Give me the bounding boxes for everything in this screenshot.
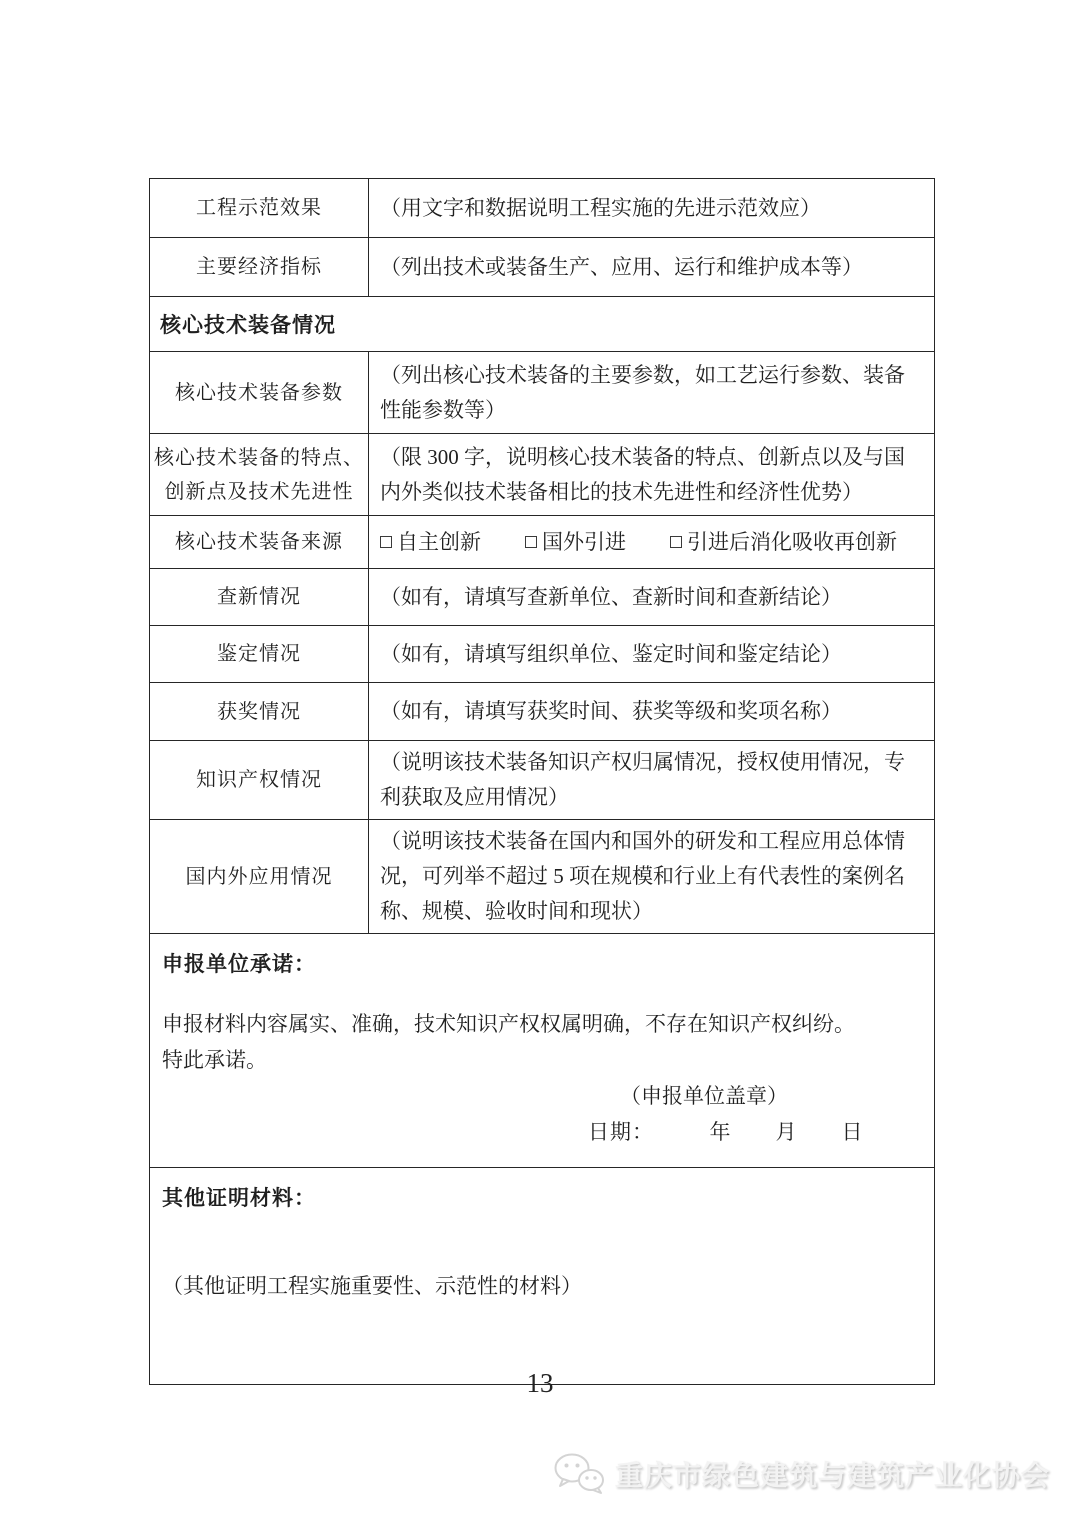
checkbox-icon: [670, 536, 682, 548]
table-row: 其他证明材料： （其他证明工程实施重要性、示范性的材料）: [150, 1168, 935, 1385]
commitment-section: 申报单位承诺： 申报材料内容属实、准确，技术知识产权权属明确，不存在知识产权纠纷…: [150, 934, 935, 1168]
field-value-equipment-features: （限 300 字，说明核心技术装备的特点、创新点以及与国内外类似技术装备相比的技…: [369, 434, 935, 516]
other-materials-section: 其他证明材料： （其他证明工程实施重要性、示范性的材料）: [150, 1168, 935, 1385]
field-value-novelty-search: （如有，请填写查新单位、查新时间和查新结论）: [369, 569, 935, 626]
option-label: 国外引进: [542, 530, 626, 554]
field-value-appraisal: （如有，请填写组织单位、鉴定时间和鉴定结论）: [369, 626, 935, 683]
field-label-economic-indicators: 主要经济指标: [150, 238, 369, 297]
field-label-novelty-search: 查新情况: [150, 569, 369, 626]
option-foreign-import: 国外引进: [525, 530, 626, 554]
field-label-appraisal: 鉴定情况: [150, 626, 369, 683]
table-row: 核心技术装备来源 自主创新国外引进引进后消化吸收再创新: [150, 516, 935, 569]
stamp-placeholder: （申报单位盖章）: [620, 1078, 922, 1114]
commitment-closing: 特此承诺。: [162, 1042, 922, 1078]
checkbox-icon: [525, 536, 537, 548]
page-number: 13: [0, 1368, 1080, 1399]
field-label-awards: 获奖情况: [150, 683, 369, 741]
table-row: 查新情况 （如有，请填写查新单位、查新时间和查新结论）: [150, 569, 935, 626]
field-label-domestic-foreign-application: 国内外应用情况: [150, 820, 369, 934]
commitment-title: 申报单位承诺：: [162, 946, 922, 982]
table-row: 获奖情况 （如有，请填写获奖时间、获奖等级和奖项名称）: [150, 683, 935, 741]
field-label-intellectual-property: 知识产权情况: [150, 741, 369, 820]
table-row: 核心技术装备的特点、创新点及技术先进性 （限 300 字，说明核心技术装备的特点…: [150, 434, 935, 516]
field-value-project-demo-effect: （用文字和数据说明工程实施的先进示范效应）: [369, 179, 935, 238]
association-watermark: 重庆市绿色建筑与建筑产业化协会: [551, 1450, 1050, 1498]
checkbox-icon: [380, 536, 392, 548]
table-row: 知识产权情况 （说明该技术装备知识产权归属情况，授权使用情况，专利获取及应用情况…: [150, 741, 935, 820]
field-value-intellectual-property: （说明该技术装备知识产权归属情况，授权使用情况，专利获取及应用情况）: [369, 741, 935, 820]
association-name: 重庆市绿色建筑与建筑产业化协会: [615, 1454, 1050, 1494]
table-row: 主要经济指标 （列出技术或装备生产、应用、运行和维护成本等）: [150, 238, 935, 297]
table-row: 核心技术装备参数 （列出核心技术装备的主要参数，如工艺运行参数、装备性能参数等）: [150, 352, 935, 434]
field-value-equipment-source: 自主创新国外引进引进后消化吸收再创新: [369, 516, 935, 569]
field-label-project-demo-effect: 工程示范效果: [150, 179, 369, 238]
option-import-reinnovation: 引进后消化吸收再创新: [670, 530, 897, 554]
table-row: 核心技术装备情况: [150, 297, 935, 352]
option-label: 自主创新: [397, 530, 481, 554]
application-form-table: 工程示范效果 （用文字和数据说明工程实施的先进示范效应） 主要经济指标 （列出技…: [149, 178, 935, 1385]
field-value-equipment-parameters: （列出核心技术装备的主要参数，如工艺运行参数、装备性能参数等）: [369, 352, 935, 434]
field-value-economic-indicators: （列出技术或装备生产、应用、运行和维护成本等）: [369, 238, 935, 297]
other-materials-note: （其他证明工程实施重要性、示范性的材料）: [162, 1268, 922, 1304]
commitment-statement: 申报材料内容属实、准确，技术知识产权权属明确，不存在知识产权纠纷。: [162, 1006, 922, 1042]
option-label: 引进后消化吸收再创新: [687, 530, 897, 554]
table-row: 国内外应用情况 （说明该技术装备在国内和国外的研发和工程应用总体情况，可列举不超…: [150, 820, 935, 934]
table-row: 鉴定情况 （如有，请填写组织单位、鉴定时间和鉴定结论）: [150, 626, 935, 683]
field-value-domestic-foreign-application: （说明该技术装备在国内和国外的研发和工程应用总体情况，可列举不超过 5 项在规模…: [369, 820, 935, 934]
field-label-equipment-source: 核心技术装备来源: [150, 516, 369, 569]
section-header-core-tech-equipment: 核心技术装备情况: [150, 297, 935, 352]
field-value-awards: （如有，请填写获奖时间、获奖等级和奖项名称）: [369, 683, 935, 741]
field-label-equipment-features: 核心技术装备的特点、创新点及技术先进性: [150, 434, 369, 516]
wechat-icon: [551, 1450, 607, 1498]
table-row: 申报单位承诺： 申报材料内容属实、准确，技术知识产权权属明确，不存在知识产权纠纷…: [150, 934, 935, 1168]
option-self-innovation: 自主创新: [380, 530, 481, 554]
field-label-equipment-parameters: 核心技术装备参数: [150, 352, 369, 434]
document-page: 工程示范效果 （用文字和数据说明工程实施的先进示范效应） 主要经济指标 （列出技…: [0, 0, 1080, 1527]
table-row: 工程示范效果 （用文字和数据说明工程实施的先进示范效应）: [150, 179, 935, 238]
other-materials-title: 其他证明材料：: [162, 1180, 922, 1216]
date-placeholder: 日期： 年 月 日: [588, 1114, 922, 1150]
